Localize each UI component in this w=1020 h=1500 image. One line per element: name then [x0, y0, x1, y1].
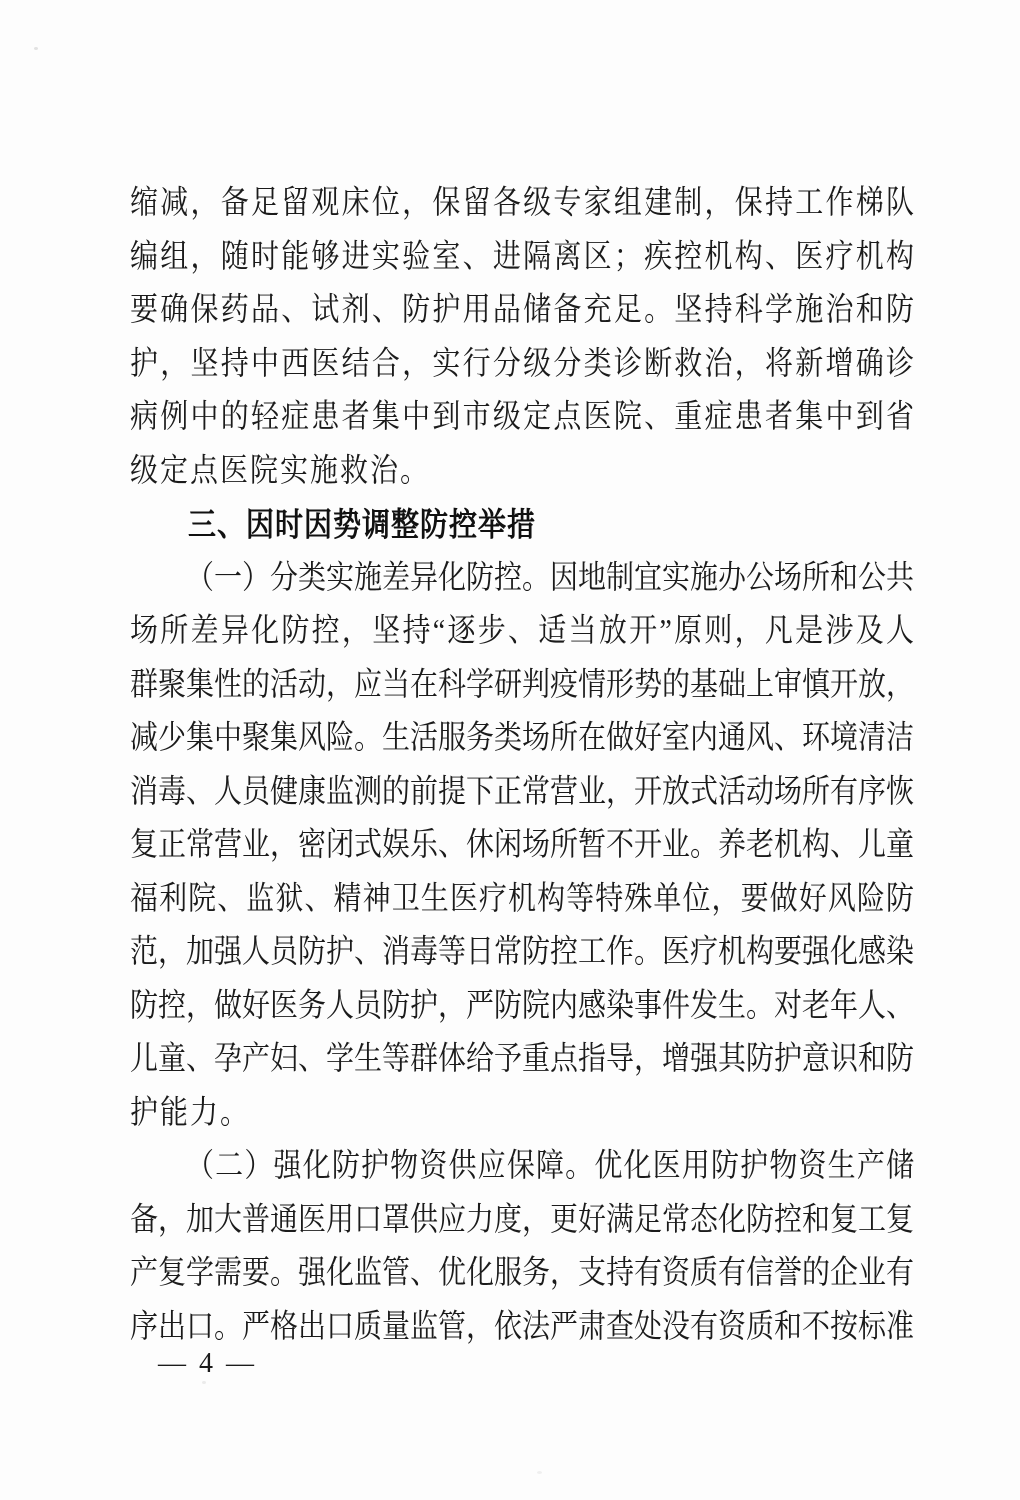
text-line: 复正常营业，密闭式娱乐、休闲场所暂不开业。养老机构、儿童: [130, 815, 914, 877]
text-line: 范，加强人员防护、消毒等日常防控工作。医疗机构要强化感染: [130, 922, 914, 984]
section-heading: 三、因时因势调整防控举措: [130, 494, 914, 556]
text-block: 缩减，备足留观床位，保留各级专家组建制，保持工作梯队 编组，随时能够进实验室、进…: [130, 177, 914, 1354]
text-line: 要确保药品、试剂、防护用品储备充足。坚持科学施治和防: [130, 280, 914, 342]
text-line: （一）分类实施差异化防控。因地制宜实施办公场所和公共: [130, 547, 914, 609]
scan-speckle: [537, 1471, 542, 1474]
text-line: 消毒、人员健康监测的前提下正常营业，开放式活动场所有序恢: [130, 761, 914, 823]
text-line: （二）强化防护物资供应保障。优化医用防护物资生产储: [130, 1136, 914, 1198]
text-line: 备，加大普通医用口罩供应力度，更好满足常态化防控和复工复: [130, 1189, 914, 1251]
text-line: 防控，做好医务人员防护，严防院内感染事件发生。对老年人、: [130, 975, 914, 1037]
text-line: 护，坚持中西医结合，实行分级分类诊断救治，将新增确诊: [130, 333, 914, 395]
text-line: 缩减，备足留观床位，保留各级专家组建制，保持工作梯队: [130, 173, 914, 235]
text-line: 群聚集性的活动，应当在科学研判疫情形势的基础上审慎开放，: [130, 654, 914, 716]
text-line: 级定点医院实施救治。: [130, 440, 914, 502]
text-line: 儿童、孕产妇、学生等群体给予重点指导，增强其防护意识和防: [130, 1029, 914, 1091]
text-line: 病例中的轻症患者集中到市级定点医院、重症患者集中到省: [130, 387, 914, 449]
scan-speckle: [875, 356, 881, 358]
scan-speckle: [202, 1381, 206, 1384]
text-line: 减少集中聚集风险。生活服务类场所在做好室内通风、环境清洁: [130, 708, 914, 770]
document-page: 缩减，备足留观床位，保留各级专家组建制，保持工作梯队 编组，随时能够进实验室、进…: [0, 0, 1020, 1500]
text-line: 产复学需要。强化监管、优化服务，支持有资质有信誉的企业有: [130, 1243, 914, 1305]
text-line: 福利院、监狱、精神卫生医疗机构等特殊单位，要做好风险防: [130, 868, 914, 930]
text-line: 护能力。: [130, 1082, 914, 1144]
page-number: — 4 —: [158, 1349, 257, 1379]
text-line: 场所差异化防控，坚持“逐步、适当放开”原则，凡是涉及人: [130, 601, 914, 663]
text-line: 编组，随时能够进实验室、进隔离区；疾控机构、医疗机构: [130, 226, 914, 288]
scan-speckle: [34, 47, 38, 50]
